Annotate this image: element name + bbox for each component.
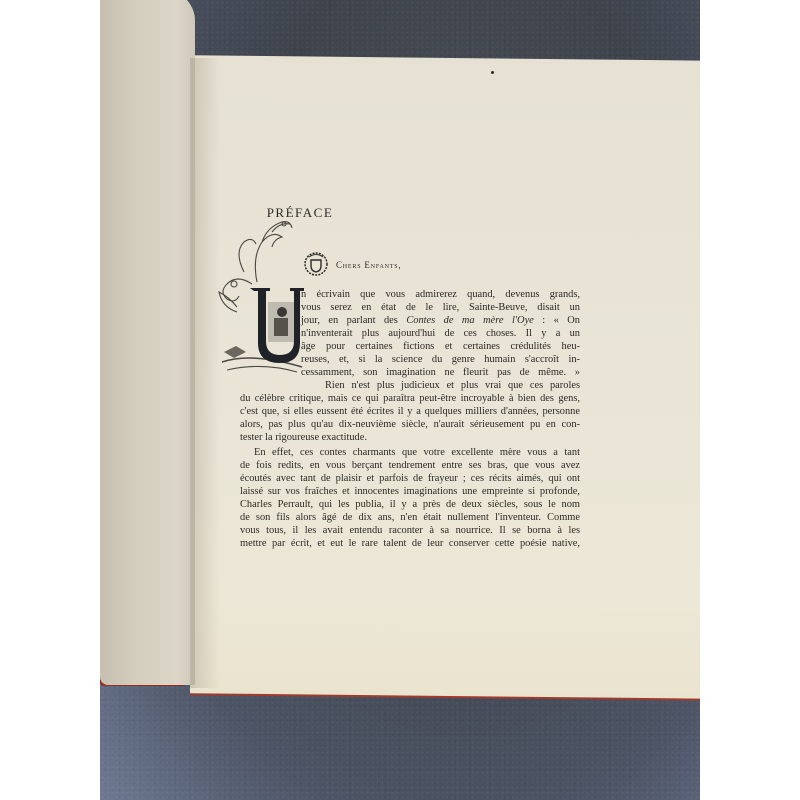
text-line: n écrivain que vous admirerez quand, dev…	[301, 289, 580, 300]
page-speck	[491, 71, 494, 74]
text-line: alors, pas plus qu'au dix-neuvième siècl…	[240, 419, 580, 430]
text-line: n'inventerait plus aujourd'hui de ces ch…	[301, 328, 580, 339]
text-line: du célèbre critique, mais ce qui paraîtr…	[240, 393, 580, 404]
text-line: cessamment, son imagination ne fleurit p…	[301, 367, 580, 378]
left-page	[100, 0, 195, 685]
text-line: mettre par écrit, et eut le rare talent …	[240, 538, 580, 549]
text-line: écoutés avec tant de plaisir et parfois …	[240, 473, 580, 484]
ornamental-initial-icon	[212, 212, 307, 382]
text-line: vous serez en état de le lire, Sainte-Be…	[301, 302, 580, 313]
salutation: Chers Enfants,	[336, 260, 401, 270]
text-line: âge pour certaines fictions et certaines…	[301, 341, 580, 352]
text-line: vous tous, il les avait entendu raconter…	[240, 525, 580, 536]
text-line: de son fils alors âgé de dix ans, n'en é…	[240, 512, 580, 523]
text-line: En effet, ces contes charmants que votre…	[254, 447, 580, 458]
text-line: laissé sur vos fraîches et innocentes im…	[240, 486, 580, 497]
text-line: c'est que, si elles eussent été écrites …	[240, 406, 580, 417]
text-line: reuses, et, si la science du genre humai…	[301, 354, 580, 365]
text-line: Rien n'est plus judicieux et plus vrai q…	[325, 380, 580, 391]
text-line: jour, en parlant des Contes de ma mère l…	[301, 315, 580, 326]
text-line: tester la rigoureuse exactitude.	[240, 432, 367, 443]
text-line: de fois redits, en vous berçant tendreme…	[240, 460, 580, 471]
text-line: Charles Perrault, qui les publia, il y a…	[240, 499, 580, 510]
